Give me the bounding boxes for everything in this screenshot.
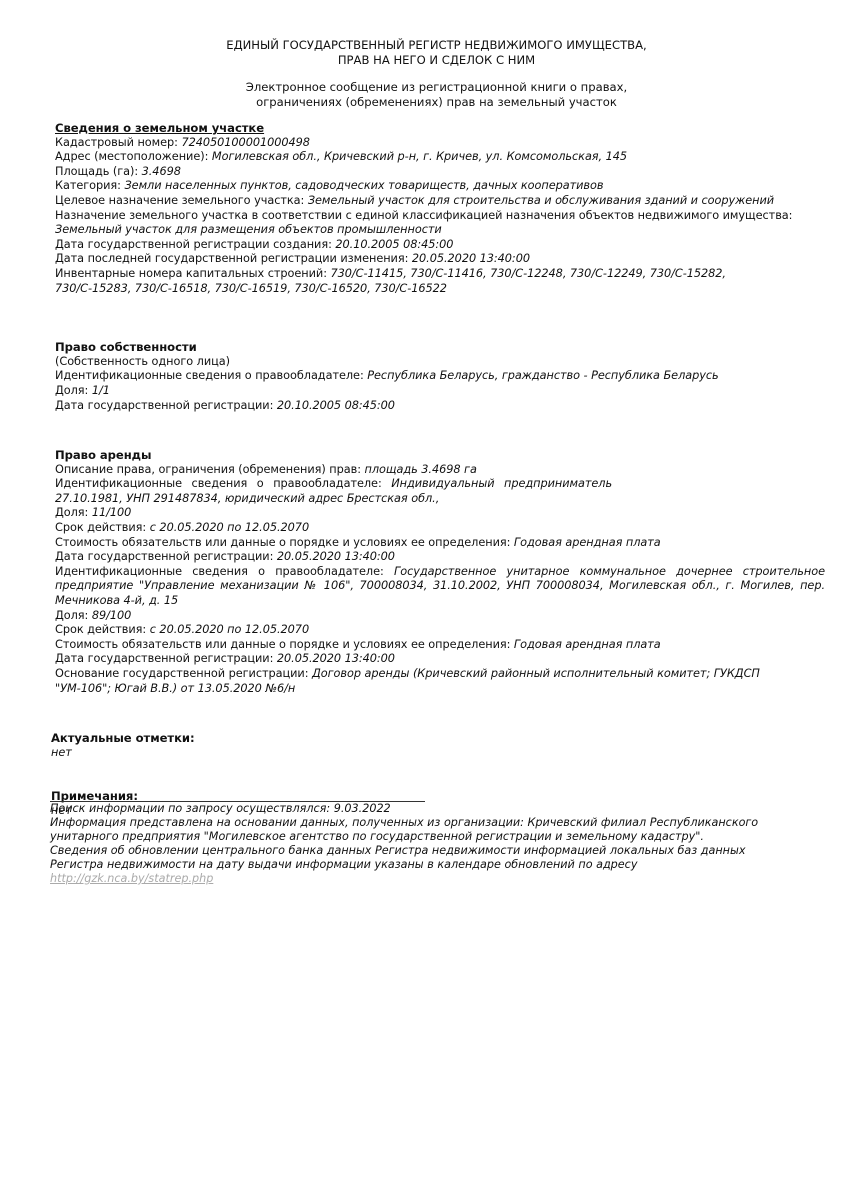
- label: Основание государственной регистрации:: [55, 667, 312, 680]
- label: Стоимость обязательств или данные о поря…: [55, 638, 514, 651]
- label: Доля:: [55, 609, 92, 622]
- ownership-reg-date: 20.10.2005 08:45:00: [277, 399, 395, 412]
- label: Идентификационные сведения о правооблада…: [55, 477, 391, 490]
- category-row: Категория: Земли населенных пунктов, сад…: [55, 179, 825, 194]
- label: Срок действия:: [55, 623, 150, 636]
- source-line2: унитарного предприятия "Могилевское аген…: [50, 830, 810, 844]
- label: Дата последней государственной регистрац…: [55, 252, 412, 265]
- search-date: Поиск информации по запросу осуществлялс…: [50, 802, 810, 816]
- label: Площадь (га):: [55, 165, 142, 178]
- cadastral-number: 724050100001000498: [181, 136, 309, 149]
- label: Инвентарные номера капитальных строений:: [55, 267, 331, 280]
- changed-date: 20.05.2020 13:40:00: [412, 252, 530, 265]
- share: 89/100: [92, 609, 131, 622]
- label: Целевое назначение земельного участка:: [55, 194, 308, 207]
- classification-label: Назначение земельного участка в соответс…: [55, 209, 825, 224]
- ownership-type: (Собственность одного лица): [55, 355, 825, 370]
- cost: Годовая арендная плата: [514, 536, 661, 549]
- label: Идентификационные сведения о правооблада…: [55, 369, 367, 382]
- lease-basis-row: Основание государственной регистрации: Д…: [55, 667, 795, 696]
- reg-date-row: Дата государственной регистрации: 20.05.…: [55, 550, 825, 565]
- lease-holder-1: Идентификационные сведения о правооблада…: [55, 477, 825, 565]
- lease-holder-2: Идентификационные сведения о правооблада…: [55, 565, 825, 667]
- cost-row: Стоимость обязательств или данные о поря…: [55, 638, 825, 653]
- inventory-row: Инвентарные номера капитальных строений:…: [55, 267, 825, 282]
- area: 3.4698: [142, 165, 181, 178]
- label: Дата государственной регистрации создани…: [55, 238, 335, 251]
- label: Стоимость обязательств или данные о поря…: [55, 536, 514, 549]
- changed-date-row: Дата последней государственной регистрац…: [55, 252, 825, 267]
- ownership-holder-row: Идентификационные сведения о правооблада…: [55, 369, 825, 384]
- label: Идентификационные сведения о правооблада…: [55, 565, 394, 578]
- source-line1: Информация представлена на основании дан…: [50, 816, 810, 830]
- subtitle-line1: Электронное сообщение из регистрационной…: [12, 80, 849, 95]
- current-marks-value: нет: [51, 746, 825, 761]
- term: с 20.05.2020 по 12.05.2070: [150, 521, 309, 534]
- ownership-holder: Республика Беларусь, гражданство - Респу…: [367, 369, 718, 382]
- label: Кадастровый номер:: [55, 136, 181, 149]
- created-date: 20.10.2005 08:45:00: [335, 238, 453, 251]
- land-plot-title: Сведения о земельном участке: [55, 121, 825, 136]
- purpose-row: Целевое назначение земельного участка: З…: [55, 194, 825, 209]
- term-row: Срок действия: с 20.05.2020 по 12.05.207…: [55, 521, 825, 536]
- current-marks-section: Актуальные отметки: нет: [51, 731, 825, 760]
- cost-row: Стоимость обязательств или данные о поря…: [55, 536, 825, 551]
- statrep-link[interactable]: http://gzk.nca.by/statrep.php: [50, 872, 213, 885]
- term: с 20.05.2020 по 12.05.2070: [150, 623, 309, 636]
- label: Доля:: [55, 506, 92, 519]
- holder-value-cont: 27.10.1981, УНП 291487834, юридический а…: [55, 492, 825, 507]
- lease-description-row: Описание права, ограничения (обременения…: [55, 463, 825, 478]
- category: Земли населенных пунктов, садоводческих …: [124, 179, 603, 192]
- inventory-numbers-cont: 730/С-15283, 730/С-16518, 730/С-16519, 7…: [55, 282, 825, 297]
- header-title-line1: ЕДИНЫЙ ГОСУДАРСТВЕННЫЙ РЕГИСТР НЕДВИЖИМО…: [12, 38, 849, 53]
- ownership-share: 1/1: [92, 384, 110, 397]
- inventory-numbers: 730/С-11415, 730/С-11416, 730/С-12248, 7…: [331, 267, 726, 280]
- holder-row: Идентификационные сведения о правооблада…: [55, 565, 825, 609]
- label: Категория:: [55, 179, 124, 192]
- label: Дата государственной регистрации:: [55, 399, 277, 412]
- update-line2: Регистра недвижимости на дату выдачи инф…: [50, 858, 810, 872]
- ownership-title: Право собственности: [55, 340, 825, 355]
- classification-value: Земельный участок для размещения объекто…: [55, 223, 825, 238]
- current-marks-title: Актуальные отметки:: [51, 731, 825, 746]
- holder-value: Индивидуальный предприниматель: [391, 477, 612, 490]
- label: Дата государственной регистрации:: [55, 652, 277, 665]
- share-row: Доля: 11/100: [55, 506, 825, 521]
- term-row: Срок действия: с 20.05.2020 по 12.05.207…: [55, 623, 825, 638]
- document-body: Сведения о земельном участке Кадастровый…: [55, 121, 825, 819]
- reg-date: 20.05.2020 13:40:00: [277, 652, 395, 665]
- ownership-section: Право собственности (Собственность одног…: [55, 340, 825, 413]
- footer: Поиск информации по запросу осуществлялс…: [50, 802, 810, 886]
- header-title-line2: ПРАВ НА НЕГО И СДЕЛОК С НИМ: [12, 53, 849, 68]
- subtitle-line2: ограничениях (обременениях) прав на земе…: [12, 95, 849, 110]
- reg-date: 20.05.2020 13:40:00: [277, 550, 395, 563]
- reg-date-row: Дата государственной регистрации: 20.05.…: [55, 652, 825, 667]
- update-line1: Сведения об обновлении центрального банк…: [50, 844, 810, 858]
- area-row: Площадь (га): 3.4698: [55, 165, 825, 180]
- address: Могилевская обл., Кричевский р-н, г. Кри…: [212, 150, 627, 163]
- document-subtitle: Электронное сообщение из регистрационной…: [12, 80, 849, 110]
- ownership-share-row: Доля: 1/1: [55, 384, 825, 399]
- created-date-row: Дата государственной регистрации создани…: [55, 238, 825, 253]
- label: Адрес (местоположение):: [55, 150, 212, 163]
- cost: Годовая арендная плата: [514, 638, 661, 651]
- ownership-reg-date-row: Дата государственной регистрации: 20.10.…: [55, 399, 825, 414]
- label: Доля:: [55, 384, 92, 397]
- land-plot-section: Сведения о земельном участке Кадастровый…: [55, 121, 825, 296]
- label: Описание права, ограничения (обременения…: [55, 463, 365, 476]
- share-row: Доля: 89/100: [55, 609, 825, 624]
- address-row: Адрес (местоположение): Могилевская обл.…: [55, 150, 825, 165]
- share: 11/100: [92, 506, 131, 519]
- label: Срок действия:: [55, 521, 150, 534]
- lease-section: Право аренды Описание права, ограничения…: [55, 448, 825, 696]
- document-header: ЕДИНЫЙ ГОСУДАРСТВЕННЫЙ РЕГИСТР НЕДВИЖИМО…: [12, 38, 849, 68]
- purpose: Земельный участок для строительства и об…: [308, 194, 774, 207]
- lease-title: Право аренды: [55, 448, 825, 463]
- holder-row: Идентификационные сведения о правооблада…: [55, 477, 825, 492]
- label: Дата государственной регистрации:: [55, 550, 277, 563]
- lease-description: площадь 3.4698 га: [365, 463, 477, 476]
- cadastral-number-row: Кадастровый номер: 724050100001000498: [55, 136, 825, 151]
